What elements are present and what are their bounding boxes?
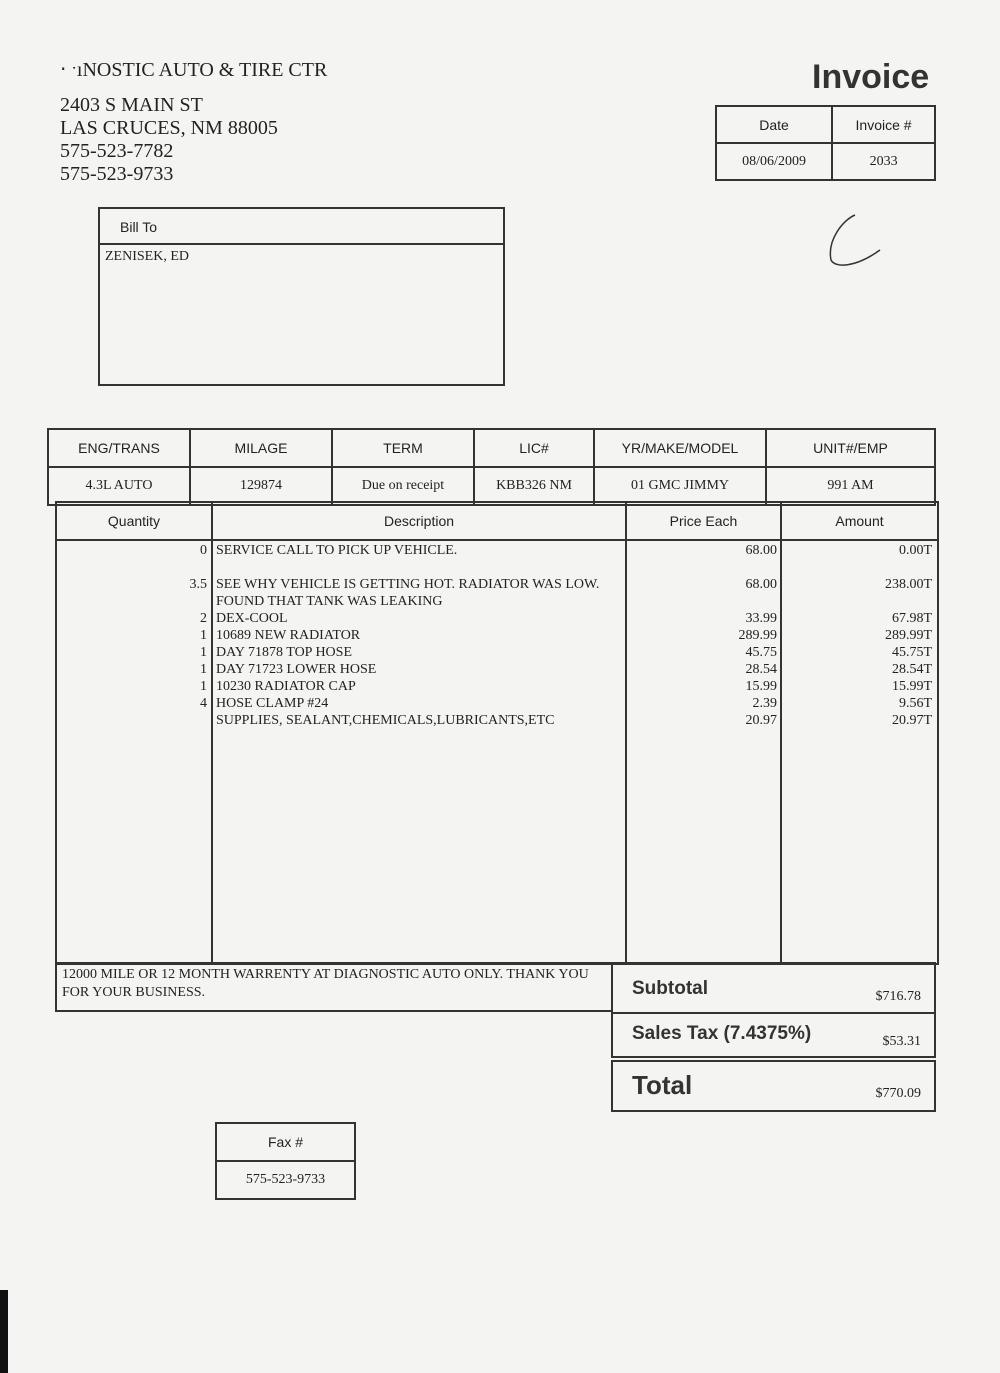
company-address-line2: LAS CRUCES, NM 88005 (60, 117, 278, 140)
fax-number: 575-523-9733 (216, 1161, 355, 1199)
item-quantity: 1 (57, 678, 207, 695)
total-row: Total $770.09 (611, 1060, 936, 1112)
item-quantity: 2 (57, 610, 207, 627)
invoice-title: Invoice (812, 58, 929, 97)
company-phone2: 575-523-9733 (60, 163, 173, 186)
sales-tax-value: $53.31 (883, 1034, 922, 1050)
item-description: HOSE CLAMP #24 (216, 695, 616, 712)
subtotal-row: Subtotal $716.78 (611, 962, 936, 1014)
item-description: SUPPLIES, SEALANT,CHEMICALS,LUBRICANTS,E… (216, 712, 616, 729)
company-phone1: 575-523-7782 (60, 140, 173, 163)
sales-tax-row: Sales Tax (7.4375%) $53.31 (611, 1012, 936, 1058)
col-divider (57, 503, 782, 963)
item-price-each: 2.39 (627, 695, 777, 712)
veh-header-unit-emp: UNIT#/EMP (766, 429, 935, 467)
bill-to-box: Bill To ZENISEK, ED (98, 207, 505, 386)
warranty-note: 12000 MILE OR 12 MONTH WARRENTY AT DIAGN… (55, 962, 611, 1012)
item-price-each: 28.54 (627, 661, 777, 678)
item-price-each: 33.99 (627, 610, 777, 627)
item-price-each: 68.00 (627, 542, 777, 559)
veh-header-milage: MILAGE (190, 429, 332, 467)
header-description: Description (213, 503, 625, 539)
item-amount: 9.56T (782, 695, 932, 712)
item-quantity: 4 (57, 695, 207, 712)
bill-to-name: ZENISEK, ED (100, 245, 503, 269)
item-amount: 289.99T (782, 627, 932, 644)
item-quantity: 1 (57, 627, 207, 644)
total-value: $770.09 (876, 1086, 922, 1102)
item-description: DAY 71723 LOWER HOSE (216, 661, 616, 678)
item-amount: 238.00T (782, 576, 932, 593)
item-quantity: 1 (57, 644, 207, 661)
item-quantity: 1 (57, 661, 207, 678)
veh-header-yr-make-model: YR/MAKE/MODEL (594, 429, 766, 467)
veh-milage: 129874 (190, 467, 332, 505)
invoice-number-label: Invoice # (832, 106, 935, 143)
invoice-meta-table: Date Invoice # 08/06/2009 2033 (715, 105, 936, 181)
invoice-date: 08/06/2009 (716, 143, 832, 180)
item-description: DEX-COOL (216, 610, 616, 627)
fax-label: Fax # (216, 1123, 355, 1161)
item-price-each: 15.99 (627, 678, 777, 695)
veh-yr-make-model: 01 GMC JIMMY (594, 467, 766, 505)
item-price-each: 20.97 (627, 712, 777, 729)
veh-unit-emp: 991 AM (766, 467, 935, 505)
item-price-each: 289.99 (627, 627, 777, 644)
item-amount: 15.99T (782, 678, 932, 695)
veh-header-term: TERM (332, 429, 474, 467)
invoice-number: 2033 (832, 143, 935, 180)
veh-term: Due on receipt (332, 467, 474, 505)
company-address-line1: 2403 S MAIN ST (60, 94, 203, 117)
sales-tax-label: Sales Tax (7.4375%) (632, 1023, 811, 1045)
company-name: ‧ ˑıNOSTIC AUTO & TIRE CTR (60, 57, 327, 82)
handwritten-c-mark-icon (825, 210, 885, 270)
item-price-each: 68.00 (627, 576, 777, 593)
item-quantity: 3.5 (57, 576, 207, 593)
vehicle-info-table: ENG/TRANS MILAGE TERM LIC# YR/MAKE/MODEL… (47, 428, 936, 506)
scan-edge-artifact (0, 1290, 8, 1373)
header-amount: Amount (782, 503, 937, 539)
line-items-table: Quantity Description Price Each Amount 0… (55, 501, 939, 965)
veh-header-lic: LIC# (474, 429, 594, 467)
item-quantity: 0 (57, 542, 207, 559)
item-description: SERVICE CALL TO PICK UP VEHICLE. (216, 542, 616, 559)
item-amount: 67.98T (782, 610, 932, 627)
item-amount: 45.75T (782, 644, 932, 661)
item-description: SEE WHY VEHICLE IS GETTING HOT. RADIATOR… (216, 576, 616, 610)
item-amount: 20.97T (782, 712, 932, 729)
veh-header-eng-trans: ENG/TRANS (48, 429, 190, 467)
item-amount: 28.54T (782, 661, 932, 678)
veh-eng-trans: 4.3L AUTO (48, 467, 190, 505)
fax-table: Fax # 575-523-9733 (215, 1122, 356, 1200)
total-label: Total (632, 1070, 692, 1101)
totals-box: Subtotal $716.78 Sales Tax (7.4375%) $53… (611, 962, 936, 1112)
item-amount: 0.00T (782, 542, 932, 559)
item-price-each: 45.75 (627, 644, 777, 661)
header-price-each: Price Each (627, 503, 780, 539)
bill-to-label: Bill To (100, 209, 503, 245)
subtotal-value: $716.78 (876, 989, 922, 1005)
item-description: DAY 71878 TOP HOSE (216, 644, 616, 661)
date-label: Date (716, 106, 832, 143)
item-description: 10230 RADIATOR CAP (216, 678, 616, 695)
header-quantity: Quantity (57, 503, 211, 539)
item-description: 10689 NEW RADIATOR (216, 627, 616, 644)
subtotal-label: Subtotal (632, 978, 708, 1000)
veh-lic: KBB326 NM (474, 467, 594, 505)
